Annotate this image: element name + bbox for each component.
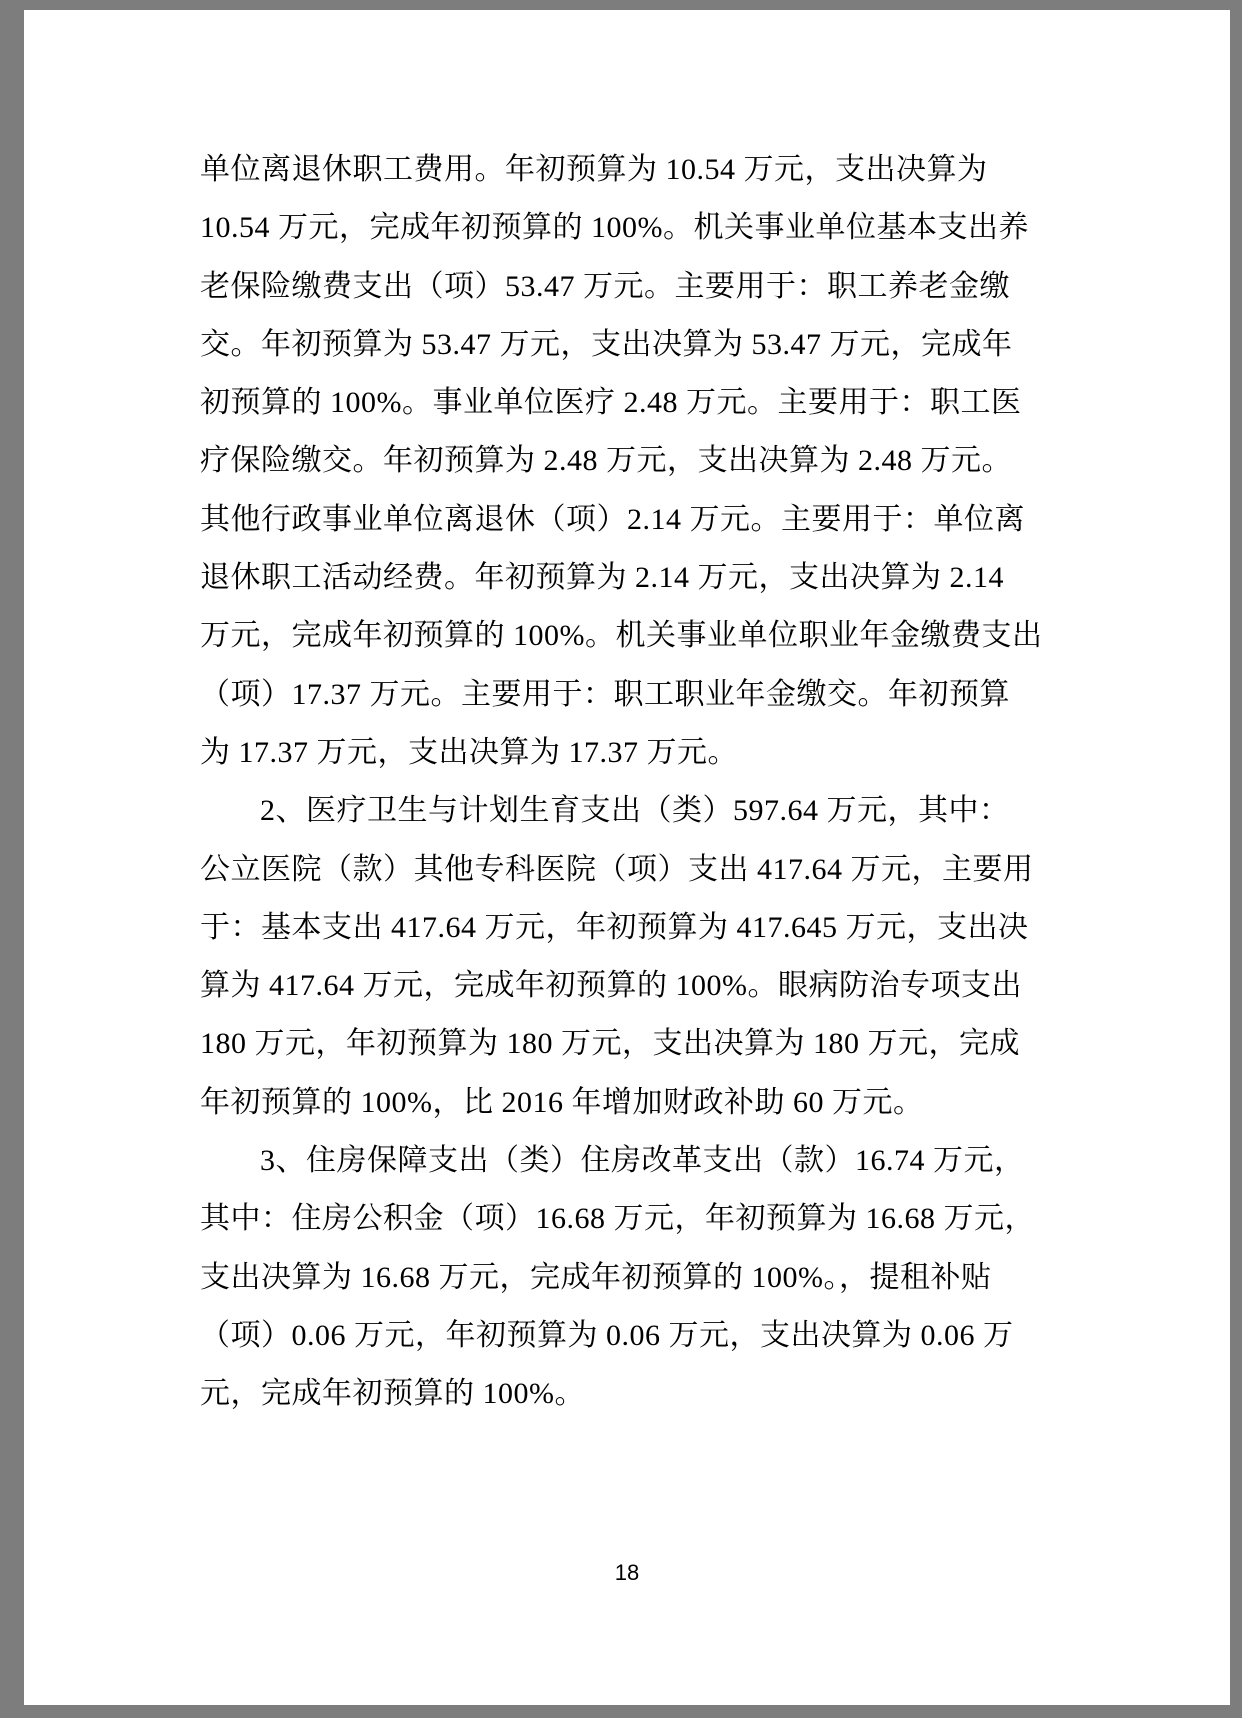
text-line: 元，完成年初预算的 100%。 <box>200 1365 966 1423</box>
text-line: 疗保险缴交。年初预算为 2.48 万元，支出决算为 2.48 万元。 <box>200 432 966 490</box>
text-line: 180 万元，年初预算为 180 万元，支出决算为 180 万元，完成 <box>200 1015 966 1073</box>
text-line: （项）0.06 万元，年初预算为 0.06 万元，支出决算为 0.06 万 <box>200 1307 966 1365</box>
text-line: 老保险缴费支出（项）53.47 万元。主要用于：职工养老金缴 <box>200 258 966 316</box>
text-line: 于：基本支出 417.64 万元，年初预算为 417.645 万元，支出决 <box>200 899 966 957</box>
text-line: 公立医院（款）其他专科医院（项）支出 417.64 万元，主要用 <box>200 841 966 899</box>
text-line-section-2: 2、医疗卫生与计划生育支出（类）597.64 万元，其中： <box>200 782 966 840</box>
text-line: 为 17.37 万元，支出决算为 17.37 万元。 <box>200 724 966 782</box>
text-line: 交。年初预算为 53.47 万元，支出决算为 53.47 万元，完成年 <box>200 316 966 374</box>
text-line: 退休职工活动经费。年初预算为 2.14 万元，支出决算为 2.14 <box>200 549 966 607</box>
text-line: 支出决算为 16.68 万元，完成年初预算的 100%。，提租补贴 <box>200 1249 966 1307</box>
text-line: 10.54 万元，完成年初预算的 100%。机关事业单位基本支出养 <box>200 199 966 257</box>
text-line-section-3: 3、住房保障支出（类）住房改革支出（款）16.74 万元， <box>200 1132 966 1190</box>
text-line: 算为 417.64 万元，完成年初预算的 100%。眼病防治专项支出 <box>200 957 966 1015</box>
text-line: 单位离退休职工费用。年初预算为 10.54 万元，支出决算为 <box>200 141 966 199</box>
text-line: 其他行政事业单位离退休（项）2.14 万元。主要用于：单位离 <box>200 491 966 549</box>
page-number: 18 <box>24 1560 1230 1586</box>
text-line: 年初预算的 100%，比 2016 年增加财政补助 60 万元。 <box>200 1074 966 1132</box>
text-line: （项）17.37 万元。主要用于：职工职业年金缴交。年初预算 <box>200 666 966 724</box>
text-line: 其中：住房公积金（项）16.68 万元，年初预算为 16.68 万元， <box>200 1190 966 1248</box>
text-line: 初预算的 100%。事业单位医疗 2.48 万元。主要用于：职工医 <box>200 374 966 432</box>
text-line: 万元，完成年初预算的 100%。机关事业单位职业年金缴费支出 <box>200 607 966 665</box>
document-text-block: 单位离退休职工费用。年初预算为 10.54 万元，支出决算为 10.54 万元，… <box>200 141 966 1424</box>
document-page: 单位离退休职工费用。年初预算为 10.54 万元，支出决算为 10.54 万元，… <box>24 10 1230 1705</box>
pdf-viewer-canvas: { "colors": { "chrome_gray": "#7d7d7d", … <box>0 0 1242 1718</box>
